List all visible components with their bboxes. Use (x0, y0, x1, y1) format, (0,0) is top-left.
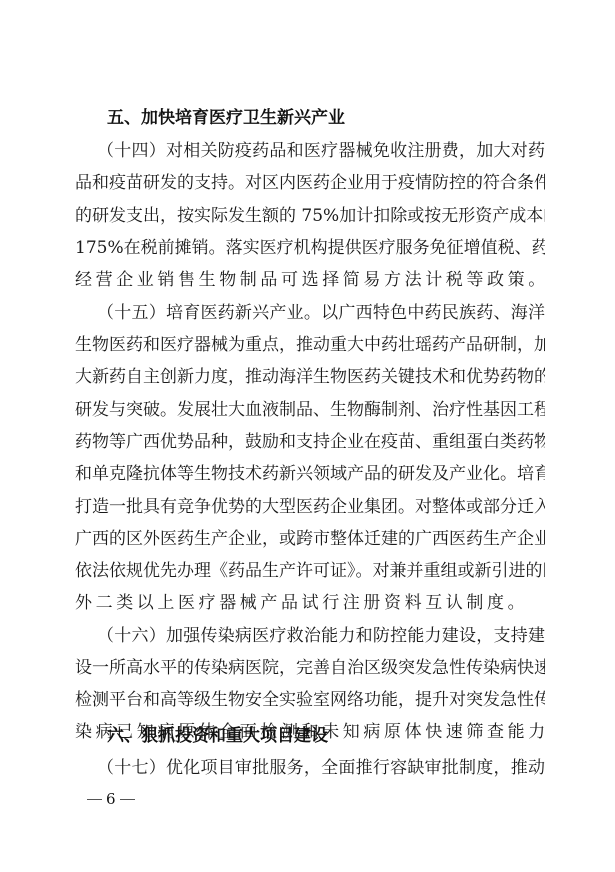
document-page: 五、加快培育医疗卫生新兴产业 （十四）对相关防疫药品和医疗器械免收注册费，加大对… (0, 0, 615, 872)
text-line: 广西的区外医药生产企业，或跨市整体迁建的广西医药生产企业， (75, 528, 545, 550)
text-line: 品和疫苗研发的支持。对区内医药企业用于疫情防控的符合条件 (75, 172, 545, 194)
text-line: 外二类以上医疗器械产品试行注册资料互认制度。 (75, 592, 545, 614)
dash-right (120, 799, 135, 800)
text-line: 依法依规优先办理《药品生产许可证》。对兼并重组或新引进的区 (75, 560, 545, 582)
text-line: 的研发支出，按实际发生额的 75%加计扣除或按无形资产成本的 (75, 205, 545, 227)
text-line: 检测平台和高等级生物安全实验室网络功能，提升对突发急性传 (75, 689, 545, 711)
text-line: 药物等广西优势品种，鼓励和支持企业在疫苗、重组蛋白类药物 (75, 431, 545, 453)
text-line: 打造一批具有竞争优势的大型医药企业集团。对整体或部分迁入 (75, 496, 545, 518)
text-line: （十四）对相关防疫药品和医疗器械免收注册费，加大对药 (97, 140, 545, 162)
page-number-value: 6 (106, 789, 116, 809)
text-line: 生物医药和医疗器械为重点，推动重大中药壮瑶药产品研制，加 (75, 334, 545, 356)
text-line: 和单克隆抗体等生物技术药新兴领域产品的研发及产业化。培育 (75, 463, 545, 485)
text-line: 175%在税前摊销。落实医疗机构提供医疗服务免征增值税、药品 (75, 237, 545, 259)
text-line: （十六）加强传染病医疗救治能力和防控能力建设，支持建 (97, 625, 545, 647)
text-line: 经营企业销售生物制品可选择简易方法计税等政策。 (75, 269, 545, 291)
text-line: （十七）优化项目审批服务，全面推行容缺审批制度，推动 (97, 757, 545, 779)
text-line: 研发与突破。发展壮大血液制品、生物酶制剂、治疗性基因工程 (75, 399, 545, 421)
text-line: （十五）培育医药新兴产业。以广西特色中药民族药、海洋 (97, 302, 545, 324)
text-line: 设一所高水平的传染病医院，完善自治区级突发急性传染病快速 (75, 657, 545, 679)
dash-left (87, 799, 102, 800)
section-heading-5: 五、加快培育医疗卫生新兴产业 (107, 107, 345, 129)
section-heading-6: 六、狠抓投资和重大项目建设 (107, 725, 328, 747)
text-line: 大新药自主创新力度，推动海洋生物医药关键技术和优势药物的 (75, 366, 545, 388)
page-number: 6 (87, 789, 135, 809)
